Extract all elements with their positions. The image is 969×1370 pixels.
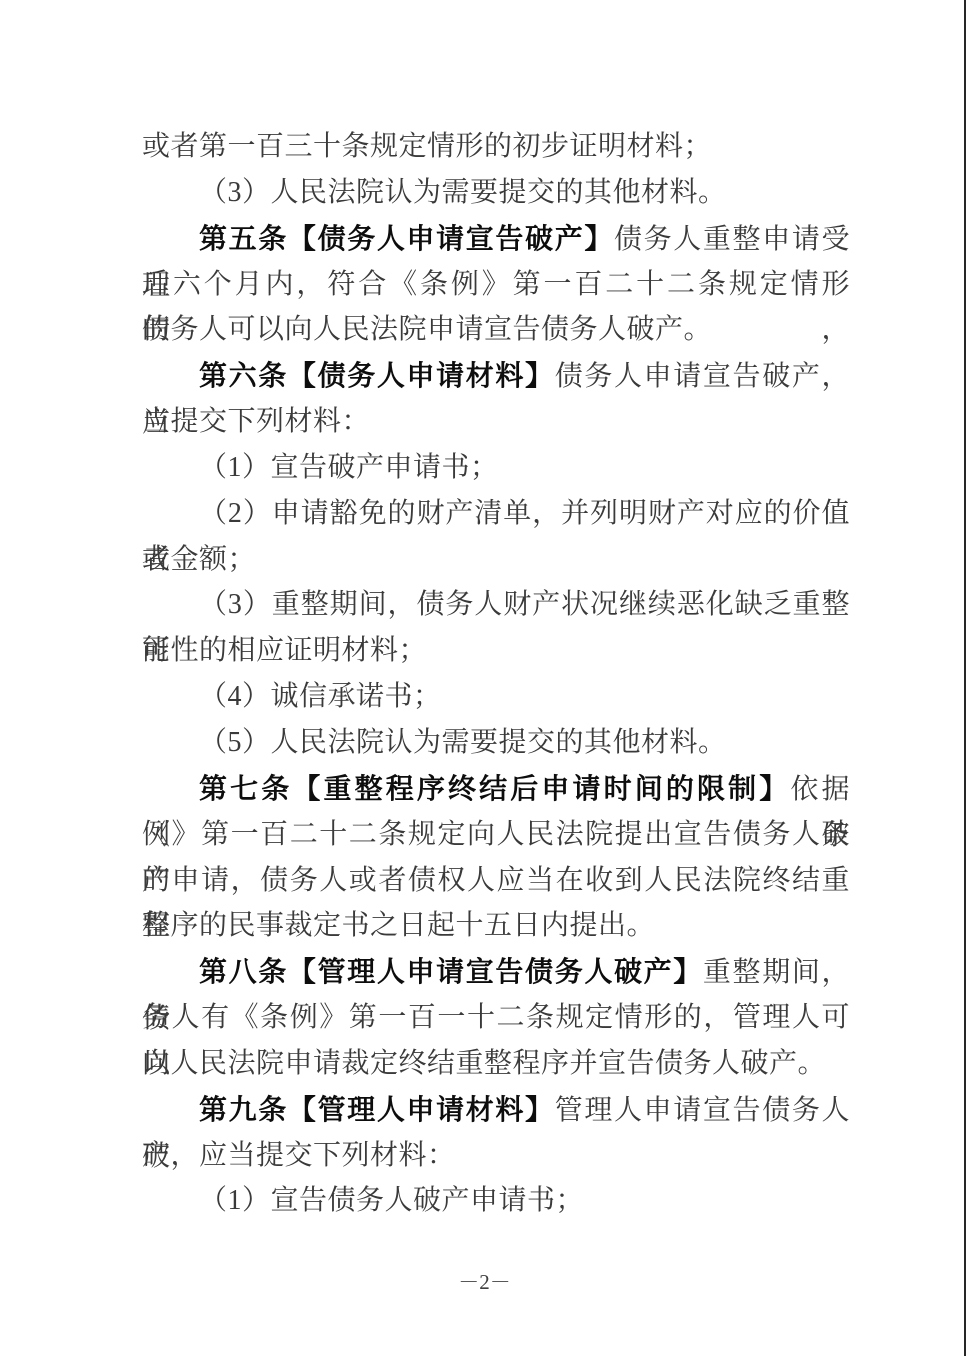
text-line: （3）人民法院认为需要提交的其他材料。 xyxy=(142,170,850,216)
text-segment: （3）人民法院认为需要提交的其他材料。 xyxy=(199,177,727,208)
document-page: 或者第一百三十条规定情形的初步证明材料；（3）人民法院认为需要提交的其他材料。第… xyxy=(0,0,969,1370)
text-segment: 能性的相应证明材料； xyxy=(142,635,427,666)
text-line: 第五条【债务人申请宣告破产】债务人重整申请受理 xyxy=(142,216,850,262)
text-line: 者金额； xyxy=(142,537,850,583)
document-body: 或者第一百三十条规定情形的初步证明材料；（3）人民法院认为需要提交的其他材料。第… xyxy=(142,124,850,1224)
text-line: 的申请，债务人或者债权人应当在收到人民法院终结重整 xyxy=(142,858,850,904)
text-line: 产，应当提交下列材料： xyxy=(142,1133,850,1179)
text-line: 程序的民事裁定书之日起十五日内提出。 xyxy=(142,903,850,949)
text-line: 第六条【债务人申请材料】债务人申请宣告破产，应 xyxy=(142,353,850,399)
text-segment: （5）人民法院认为需要提交的其他材料。 xyxy=(199,727,727,758)
text-line: 务人有《条例》第一百一十二条规定情形的，管理人可以 xyxy=(142,995,850,1041)
text-segment: 债务人可以向人民法院申请宣告债务人破产。 xyxy=(142,314,712,345)
text-line: （5）人民法院认为需要提交的其他材料。 xyxy=(142,720,850,766)
text-segment: 向人民法院申请裁定终结重整程序并宣告债务人破产。 xyxy=(142,1048,826,1079)
text-segment: 或者第一百三十条规定情形的初步证明材料； xyxy=(142,131,712,162)
text-line: 向人民法院申请裁定终结重整程序并宣告债务人破产。 xyxy=(142,1041,850,1087)
text-line: 能性的相应证明材料； xyxy=(142,628,850,674)
text-line: 当提交下列材料： xyxy=(142,399,850,445)
text-line: 或者第一百三十条规定情形的初步证明材料； xyxy=(142,124,850,170)
page-number: －2－ xyxy=(0,1266,969,1298)
text-segment: （1）宣告破产申请书； xyxy=(199,452,499,483)
text-segment: （4）诚信承诺书； xyxy=(199,681,442,712)
page-edge-line xyxy=(964,0,966,1356)
text-segment: 当提交下列材料： xyxy=(142,406,370,437)
text-segment: 程序的民事裁定书之日起十五日内提出。 xyxy=(142,910,655,941)
text-line: （1）宣告破产申请书； xyxy=(142,445,850,491)
article-heading: 第五条【债务人申请宣告破产】 xyxy=(199,223,614,254)
text-segment: （1）宣告债务人破产申请书； xyxy=(199,1185,584,1216)
text-line: 第七条【重整程序终结后申请时间的限制】依据《条 xyxy=(142,766,850,812)
text-line: （1）宣告债务人破产申请书； xyxy=(142,1178,850,1224)
article-heading: 第七条【重整程序终结后申请时间的限制】 xyxy=(199,773,790,804)
text-segment: 者金额； xyxy=(142,544,256,575)
article-heading: 第九条【管理人申请材料】 xyxy=(199,1094,555,1125)
text-line: 例》第一百二十二条规定向人民法院提出宣告债务人破产 xyxy=(142,812,850,858)
text-line: （2）申请豁免的财产清单，并列明财产对应的价值或 xyxy=(142,491,850,537)
text-line: （3）重整期间，债务人财产状况继续恶化缺乏重整可 xyxy=(142,582,850,628)
article-heading: 第八条【管理人申请宣告债务人破产】 xyxy=(199,956,703,987)
article-heading: 第六条【债务人申请材料】 xyxy=(199,360,555,391)
text-line: 后六个月内，符合《条例》第一百二十二条规定情形的， xyxy=(142,262,850,308)
text-segment: 产，应当提交下列材料： xyxy=(142,1140,456,1171)
text-line: 第八条【管理人申请宣告债务人破产】重整期间，债 xyxy=(142,949,850,995)
text-line: 第九条【管理人申请材料】管理人申请宣告债务人破 xyxy=(142,1087,850,1133)
text-line: （4）诚信承诺书； xyxy=(142,674,850,720)
